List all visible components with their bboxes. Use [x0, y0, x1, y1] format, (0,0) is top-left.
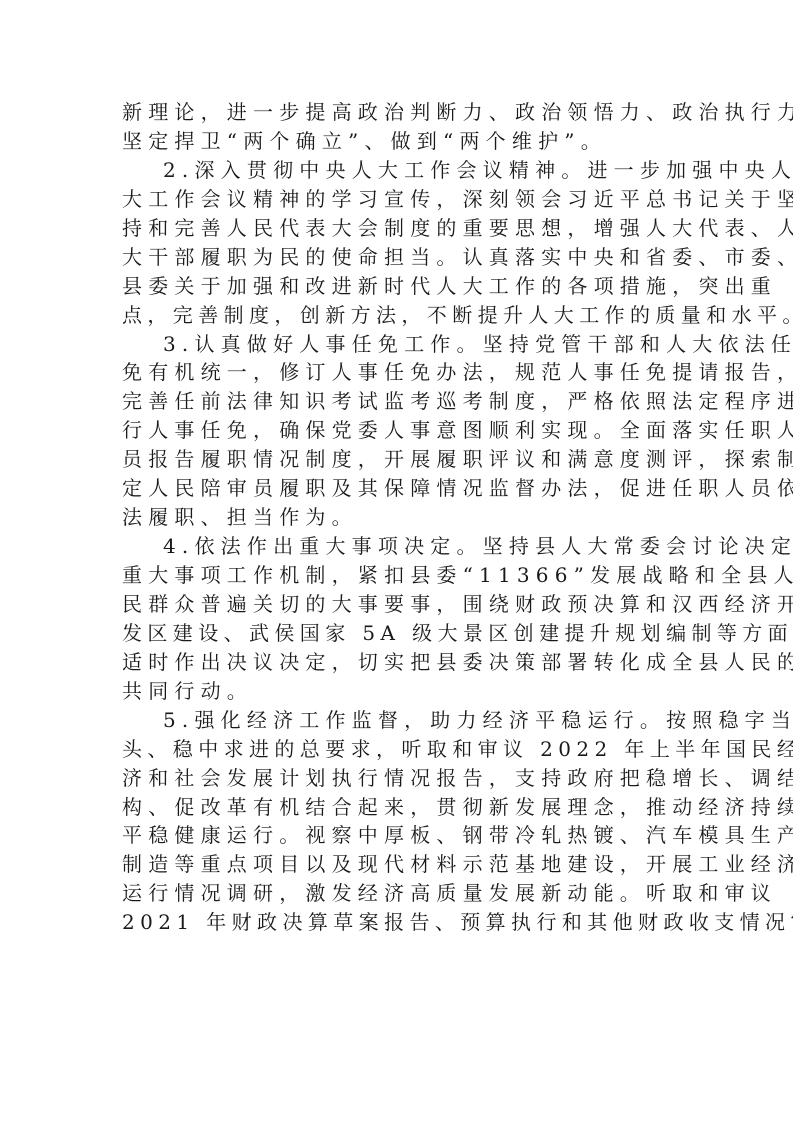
- paragraph-continuation: 新理论，进一步提高政治判断力、政治领悟力、政治执行力， 坚定捍卫“两个确立”、做…: [122, 98, 682, 156]
- text-line: 点，完善制度，创新方法，不断提升人大工作的质量和水平。: [122, 301, 682, 330]
- document-page: 新理论，进一步提高政治判断力、政治领悟力、政治执行力， 坚定捍卫“两个确立”、做…: [0, 0, 793, 1122]
- text-line: 民群众普遍关切的大事要事，围绕财政预决算和汉西经济开: [122, 590, 682, 619]
- text-line: 济和社会发展计划执行情况报告，支持政府把稳增长、调结: [122, 764, 682, 793]
- text-line: 运行情况调研，激发经济高质量发展新动能。听取和审议: [122, 879, 682, 908]
- text-line: 3.认真做好人事任免工作。坚持党管干部和人大依法任: [122, 330, 682, 359]
- text-line: 坚定捍卫“两个确立”、做到“两个维护”。: [122, 127, 682, 156]
- text-line: 完善任前法律知识考试监考巡考制度，严格依照法定程序进: [122, 387, 682, 416]
- text-line: 制造等重点项目以及现代材料示范基地建设，开展工业经济: [122, 850, 682, 879]
- text-line: 5.强化经济工作监督，助力经济平稳运行。按照稳字当: [122, 706, 682, 735]
- text-line: 头、稳中求进的总要求，听取和审议 2022 年上半年国民经: [122, 735, 682, 764]
- text-line: 大工作会议精神的学习宣传，深刻领会习近平总书记关于坚: [122, 185, 682, 214]
- text-line: 员报告履职情况制度，开展履职评议和满意度测评，探索制: [122, 445, 682, 474]
- text-line: 重大事项工作机制，紧扣县委“11366”发展战略和全县人: [122, 561, 682, 590]
- document-body: 新理论，进一步提高政治判断力、政治领悟力、政治执行力， 坚定捍卫“两个确立”、做…: [122, 98, 682, 937]
- text-line: 平稳健康运行。视察中厚板、钢带冷轧热镀、汽车模具生产: [122, 821, 682, 850]
- text-line: 县委关于加强和改进新时代人大工作的各项措施，突出重: [122, 272, 682, 301]
- text-line: 定人民陪审员履职及其保障情况监督办法，促进任职人员依: [122, 474, 682, 503]
- paragraph-item-3: 3.认真做好人事任免工作。坚持党管干部和人大依法任 免有机统一，修订人事任免办法…: [122, 330, 682, 533]
- text-line: 2021 年财政决算草案报告、预算执行和其他财政收支情况审: [122, 908, 682, 937]
- text-line: 适时作出决议决定，切实把县委决策部署转化成全县人民的: [122, 648, 682, 677]
- text-line: 4.依法作出重大事项决定。坚持县人大常委会讨论决定: [122, 532, 682, 561]
- text-line: 构、促改革有机结合起来，贯彻新发展理念，推动经济持续: [122, 793, 682, 822]
- paragraph-item-2: 2.深入贯彻中央人大工作会议精神。进一步加强中央人 大工作会议精神的学习宣传，深…: [122, 156, 682, 330]
- paragraph-item-5: 5.强化经济工作监督，助力经济平稳运行。按照稳字当 头、稳中求进的总要求，听取和…: [122, 706, 682, 938]
- text-line: 行人事任免，确保党委人事意图顺利实现。全面落实任职人: [122, 416, 682, 445]
- text-line: 共同行动。: [122, 677, 682, 706]
- text-line: 免有机统一，修订人事任免办法，规范人事任免提请报告，: [122, 358, 682, 387]
- text-line: 新理论，进一步提高政治判断力、政治领悟力、政治执行力，: [122, 98, 682, 127]
- text-line: 法履职、担当作为。: [122, 503, 682, 532]
- text-line: 2.深入贯彻中央人大工作会议精神。进一步加强中央人: [122, 156, 682, 185]
- paragraph-item-4: 4.依法作出重大事项决定。坚持县人大常委会讨论决定 重大事项工作机制，紧扣县委“…: [122, 532, 682, 706]
- text-line: 大干部履职为民的使命担当。认真落实中央和省委、市委、: [122, 243, 682, 272]
- text-line: 持和完善人民代表大会制度的重要思想，增强人大代表、人: [122, 214, 682, 243]
- text-line: 发区建设、武侯国家 5A 级大景区创建提升规划编制等方面，: [122, 619, 682, 648]
